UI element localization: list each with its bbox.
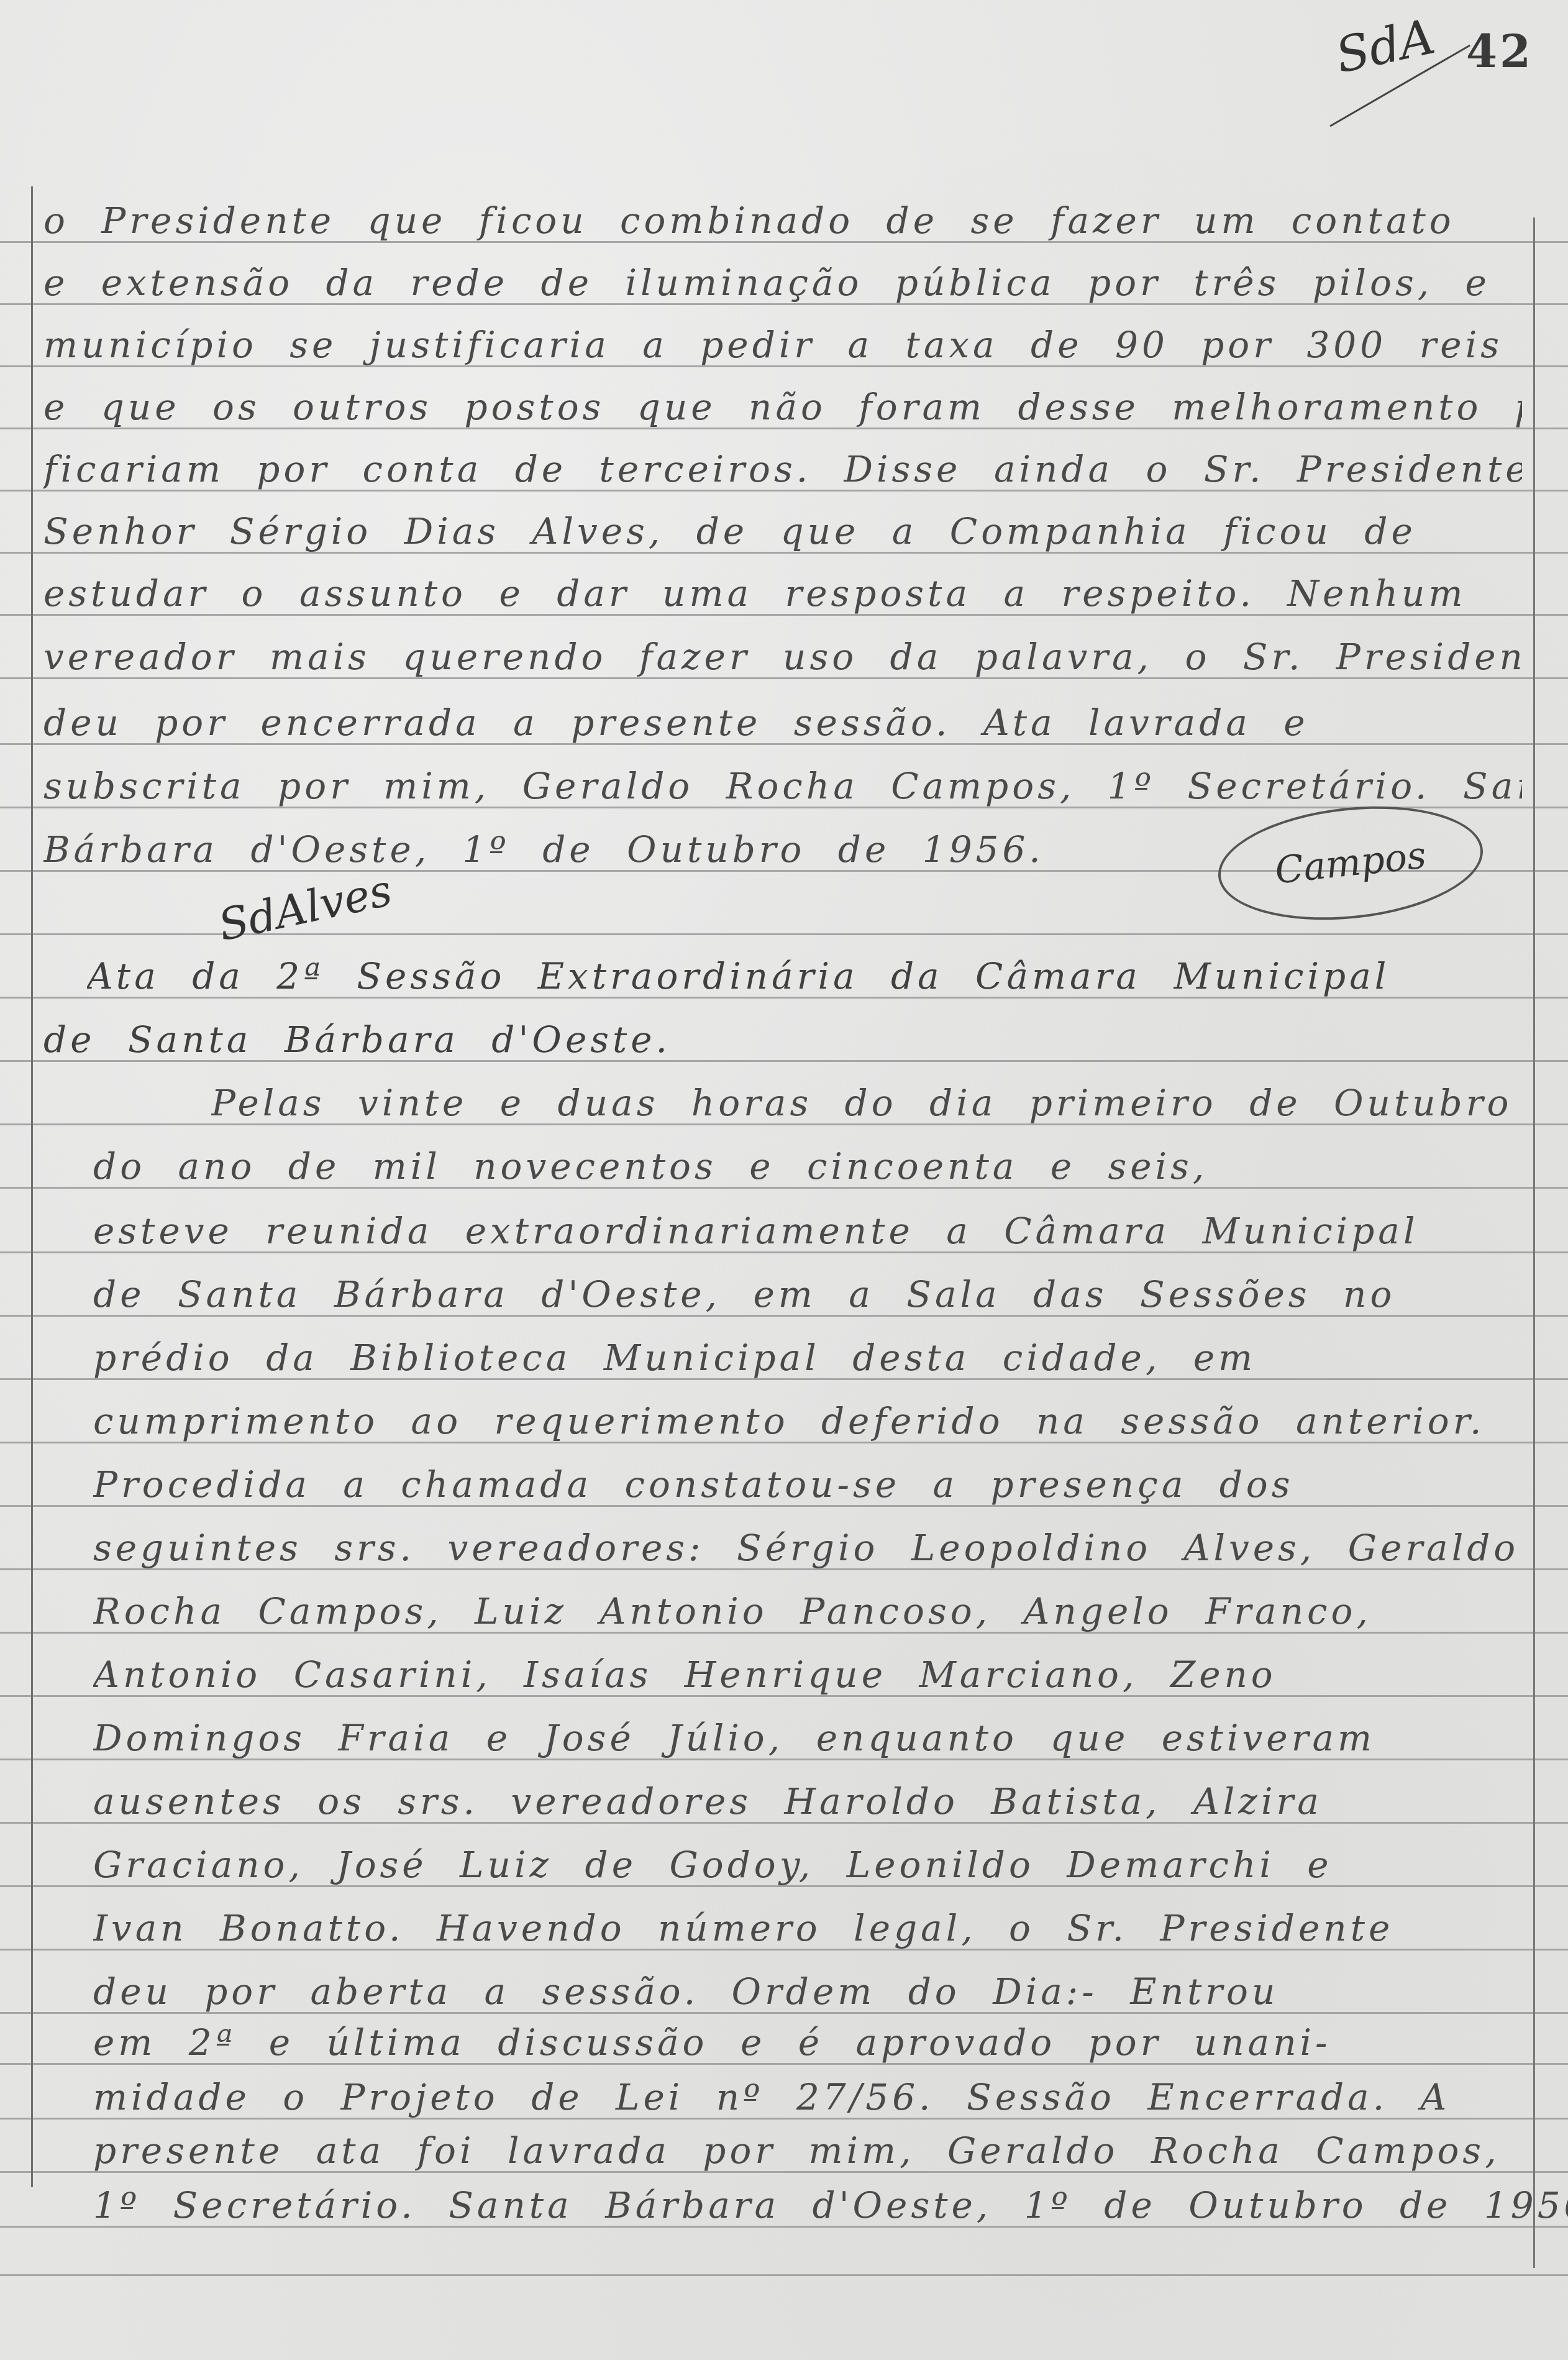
text-line: deu por aberta a sessão. Ordem do Dia:- … — [93, 1970, 1568, 2013]
text-line: do ano de mil novecentos e cincoenta e s… — [93, 1145, 1568, 1188]
text-line: midade o Projeto de Lei nº 27/56. Sessão… — [93, 2075, 1568, 2119]
text-line: e que os outros postos que não foram des… — [43, 385, 1522, 429]
text-line: Senhor Sérgio Dias Alves, de que a Compa… — [43, 510, 1522, 553]
minutes-title-line: Ata da 2ª Sessão Extraordinária da Câmar… — [87, 954, 1566, 998]
text-line: ficariam por conta de terceiros. Disse a… — [43, 447, 1522, 491]
text-line: Pelas vinte e duas horas do dia primeiro… — [211, 1081, 1522, 1125]
text-line: o Presidente que ficou combinado de se f… — [43, 199, 1522, 242]
text-line: Ivan Bonatto. Havendo número legal, o Sr… — [93, 1906, 1568, 1950]
text-line: Bárbara d'Oeste, 1º de Outubro de 1956. — [43, 828, 1162, 871]
document-page: SdA 42 o Presidente que ficou combinado … — [0, 0, 1568, 2360]
minutes-title-line: de Santa Bárbara d'Oeste. — [43, 1018, 1522, 1061]
signature-text: Campos — [1273, 833, 1428, 892]
text-line: Domingos Fraia e José Júlio, enquanto qu… — [93, 1716, 1568, 1760]
text-line: presente ata foi lavrada por mim, Gerald… — [93, 2129, 1568, 2172]
secretary-signature: Campos — [1213, 794, 1488, 932]
ruled-line — [0, 2274, 1568, 2276]
text-line: Antonio Casarini, Isaías Henrique Marcia… — [93, 1653, 1568, 1696]
text-line: Graciano, José Luiz de Godoy, Leonildo D… — [93, 1843, 1568, 1887]
text-line: de Santa Bárbara d'Oeste, em a Sala das … — [93, 1273, 1568, 1316]
text-line: Procedida a chamada constatou-se a prese… — [93, 1463, 1568, 1506]
text-line: município se justificaria a pedir a taxa… — [43, 323, 1522, 367]
mid-rubric-signature: SdAlves — [214, 865, 396, 951]
page-number: 42 — [1466, 25, 1533, 78]
text-line: prédio da Biblioteca Municipal desta cid… — [93, 1336, 1568, 1379]
text-line: estudar o assunto e dar uma resposta a r… — [43, 572, 1522, 615]
text-line: seguintes srs. vereadores: Sérgio Leopol… — [93, 1526, 1568, 1570]
text-line: em 2ª e última discussão e é aprovado po… — [93, 2021, 1568, 2064]
text-line: deu por encerrada a presente sessão. Ata… — [43, 701, 1522, 744]
left-margin-line — [31, 186, 33, 2187]
text-line: esteve reunida extraordinariamente a Câm… — [93, 1209, 1568, 1253]
top-rubric-signature: SdA — [1331, 9, 1439, 84]
text-line: Rocha Campos, Luiz Antonio Pancoso, Ange… — [93, 1589, 1568, 1633]
text-line: cumprimento ao requerimento deferido na … — [93, 1399, 1568, 1443]
text-line: e extensão da rede de iluminação pública… — [43, 261, 1522, 304]
text-line: ausentes os srs. vereadores Haroldo Bati… — [93, 1780, 1568, 1823]
text-line: vereador mais querendo fazer uso da pala… — [43, 635, 1522, 679]
text-line: 1º Secretário. Santa Bárbara d'Oeste, 1º… — [93, 2184, 1568, 2227]
text-line: subscrita por mim, Geraldo Rocha Campos,… — [43, 764, 1522, 808]
